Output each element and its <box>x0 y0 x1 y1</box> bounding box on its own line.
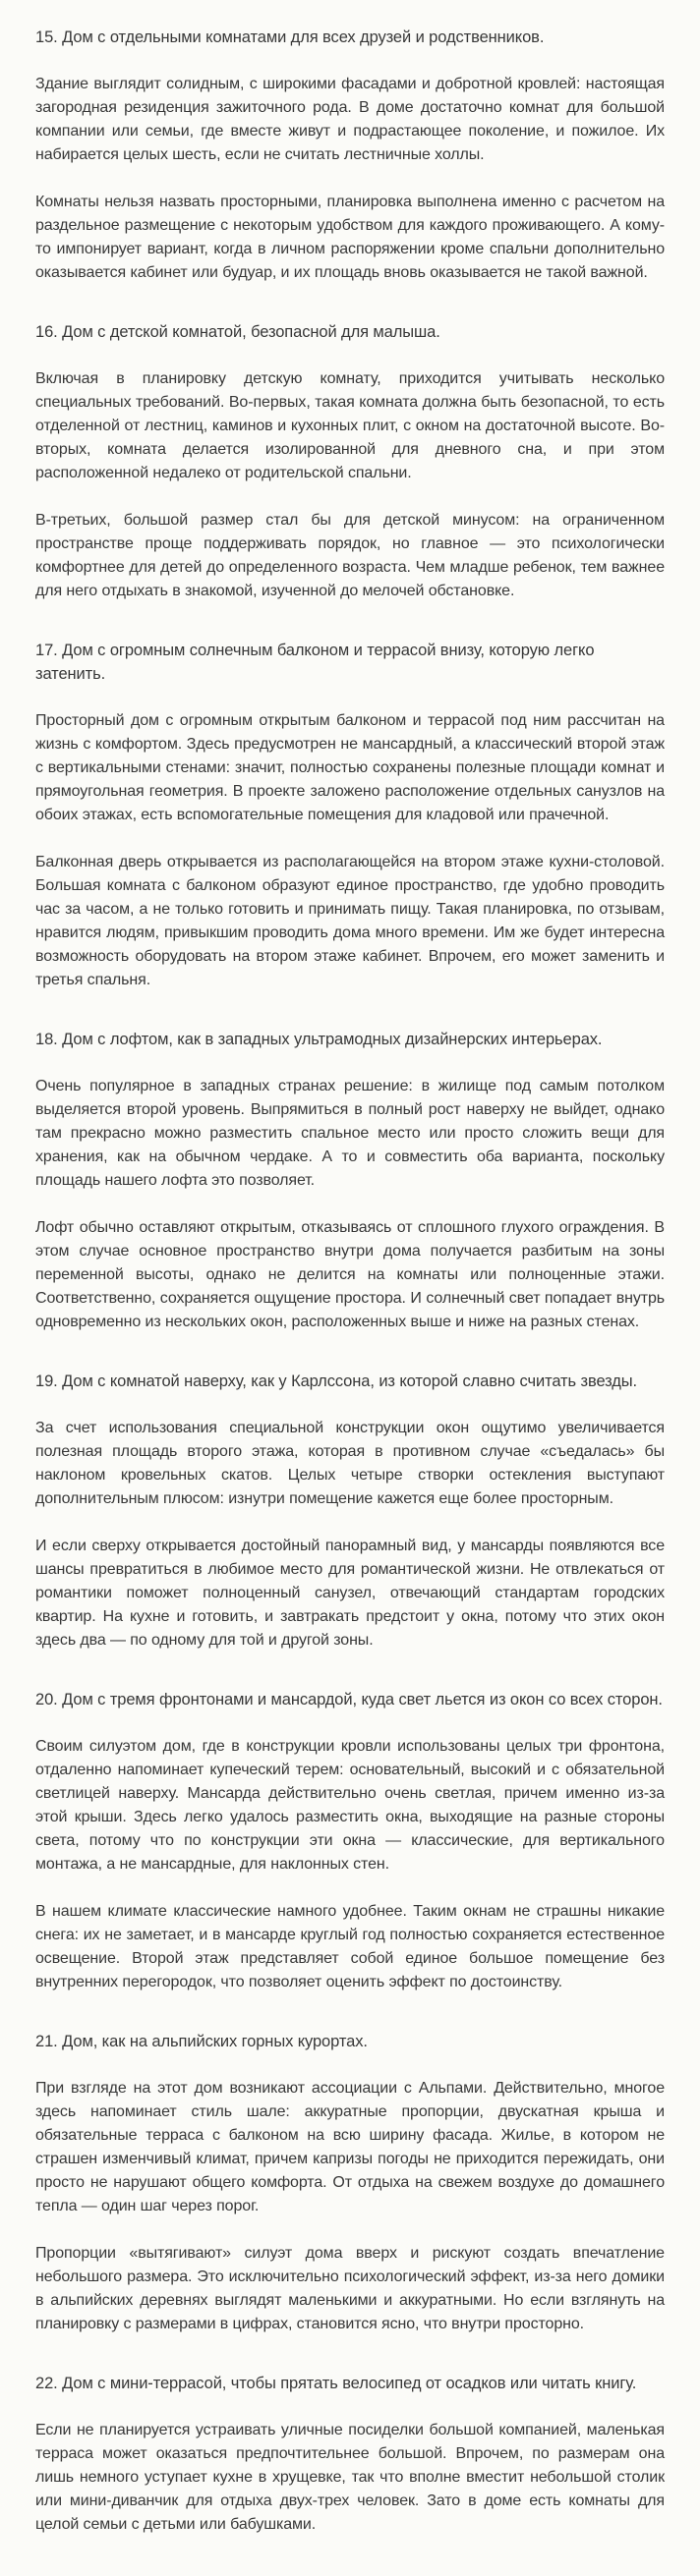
paragraph: Балконная дверь открывается из располага… <box>35 851 665 992</box>
section-21: 21. Дом, как на альпийских горных курорт… <box>35 2030 665 2336</box>
section-17: 17. Дом с огромным солнечным балконом и … <box>35 639 665 992</box>
paragraph: При взгляде на этот дом возникают ассоци… <box>35 2077 665 2218</box>
paragraph: Своим силуэтом дом, где в конструкции кр… <box>35 1735 665 1876</box>
section-22: 22. Дом с мини-террасой, чтобы прятать в… <box>35 2372 665 2537</box>
paragraph: Пропорции «вытягивают» силуэт дома вверх… <box>35 2242 665 2336</box>
section-heading: 18. Дом с лофтом, как в западных ультрам… <box>35 1028 665 1051</box>
section-heading: 15. Дом с отдельными комнатами для всех … <box>35 26 665 49</box>
section-19: 19. Дом с комнатой наверху, как у Карлсс… <box>35 1370 665 1652</box>
paragraph: Комнаты нельзя назвать просторными, план… <box>35 191 665 285</box>
paragraph: В нашем климате классические намного удо… <box>35 1900 665 1994</box>
section-heading: 17. Дом с огромным солнечным балконом и … <box>35 639 665 686</box>
section-heading: 19. Дом с комнатой наверху, как у Карлсс… <box>35 1370 665 1393</box>
section-16: 16. Дом с детской комнатой, безопасной д… <box>35 320 665 603</box>
paragraph: За счет использования специальной констр… <box>35 1417 665 1511</box>
document-page: 15. Дом с отдельными комнатами для всех … <box>0 0 700 2576</box>
paragraph: В-третьих, большой размер стал бы для де… <box>35 509 665 603</box>
section-heading: 22. Дом с мини-террасой, чтобы прятать в… <box>35 2372 665 2395</box>
section-heading: 16. Дом с детской комнатой, безопасной д… <box>35 320 665 344</box>
paragraph: Очень популярное в западных странах реше… <box>35 1075 665 1193</box>
paragraph: Здание выглядит солидным, с широкими фас… <box>35 73 665 167</box>
section-20: 20. Дом с тремя фронтонами и мансардой, … <box>35 1688 665 1994</box>
paragraph: И если сверху открывается достойный пано… <box>35 1535 665 1652</box>
paragraph: Просторный дом с огромным открытым балко… <box>35 709 665 827</box>
section-15: 15. Дом с отдельными комнатами для всех … <box>35 26 665 285</box>
section-18: 18. Дом с лофтом, как в западных ультрам… <box>35 1028 665 1334</box>
paragraph: Включая в планировку детскую комнату, пр… <box>35 367 665 485</box>
section-heading: 21. Дом, как на альпийских горных курорт… <box>35 2030 665 2053</box>
section-heading: 20. Дом с тремя фронтонами и мансардой, … <box>35 1688 665 1711</box>
paragraph: Лофт обычно оставляют открытым, отказыва… <box>35 1216 665 1334</box>
paragraph: Если не планируется устраивать уличные п… <box>35 2419 665 2537</box>
